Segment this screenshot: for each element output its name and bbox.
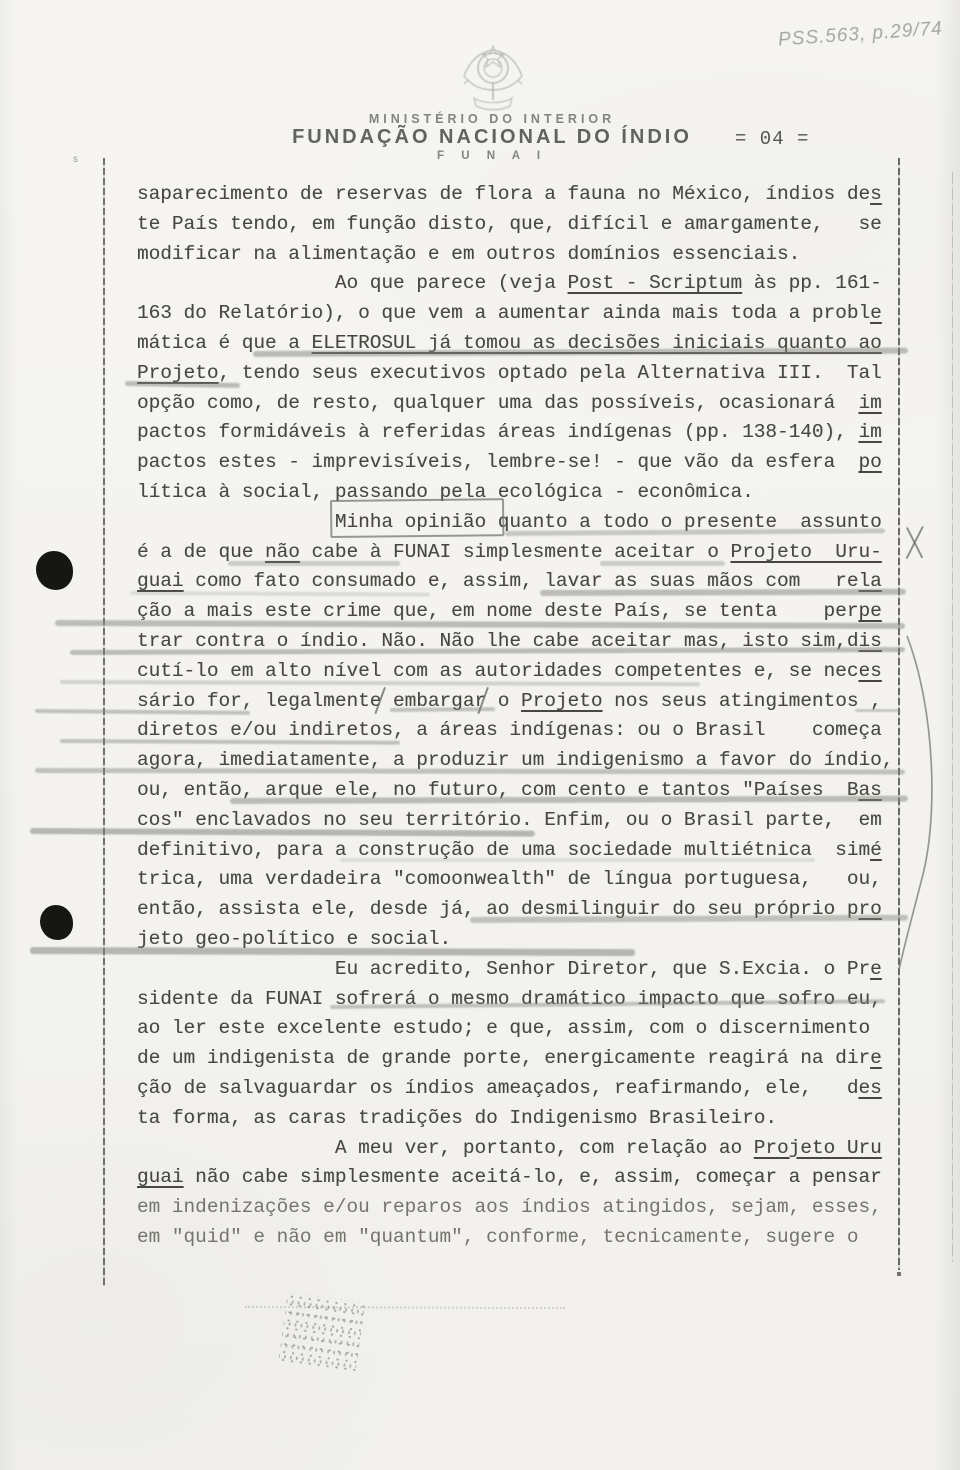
coat-of-arms-icon	[450, 42, 536, 116]
typed-line: ao ler este excelente estudo; e que, ass…	[0, 1014, 960, 1044]
text-run: pactos estes - imprevisíveis, lembre-se!…	[137, 451, 858, 473]
underlined-text: s	[870, 183, 882, 205]
text-run: 163 do Relatório), o que vem a aumentar …	[137, 302, 870, 324]
text-run: modificar na alimentação e em outros dom…	[137, 243, 800, 265]
underlined-text: guai	[137, 1166, 184, 1188]
text-run: te País tendo, em função disto, que, dif…	[137, 213, 882, 235]
paper-speck: s	[73, 154, 78, 165]
typed-line: Eu acredito, Senhor Diretor, que S.Excia…	[0, 955, 960, 985]
scanned-document-page: MINISTÉRIO DO INTERIOR FUNDAÇÃO NACIONAL…	[0, 0, 960, 1470]
text-run: A meu ver, portanto, com relação ao	[137, 1137, 754, 1159]
page-number: = 04 =	[735, 128, 809, 150]
typed-line: em "quid" e não em "quantum", conforme, …	[0, 1223, 960, 1253]
underlined-text: e	[870, 302, 882, 324]
pencil-underline	[228, 561, 400, 566]
header-ministry: MINISTÉRIO DO INTERIOR	[369, 112, 615, 126]
pencil-underline	[540, 589, 906, 596]
typed-line: ção de salvaguardar os índios ameaçados,…	[0, 1074, 960, 1104]
typed-line: opção como, de resto, qualquer uma das p…	[0, 389, 960, 419]
underlined-text: guai	[137, 570, 184, 592]
underlined-text: Post - Scriptum	[568, 272, 743, 294]
typed-line: 163 do Relatório), o que vem a aumentar …	[0, 299, 960, 329]
typed-line: é a de que não cabe à FUNAI simplesmente…	[0, 538, 960, 568]
underlined-text: e	[870, 958, 882, 980]
typed-line: guai não cabe simplesmente aceitá-lo, e,…	[0, 1163, 960, 1193]
text-run: é a de que	[137, 541, 265, 563]
ink-dot	[40, 905, 73, 940]
underlined-text: po	[858, 451, 881, 473]
text-run: ta forma, as caras tradições do Indigeni…	[137, 1107, 777, 1129]
typed-line: trica, uma verdadeira "comoonwealth" de …	[0, 865, 960, 895]
underlined-text: pe	[858, 600, 881, 622]
text-run: , tendo seus executivos optado pela Alte…	[218, 362, 881, 384]
text-run: de um indigenista de grande porte, energ…	[137, 1047, 870, 1069]
header-acronym: F U N A I	[437, 150, 547, 162]
pencil-box	[330, 498, 504, 538]
underlined-text: im	[858, 392, 881, 414]
text-run: em "quid" e não em "quantum", conforme, …	[137, 1226, 858, 1248]
typed-line: A meu ver, portanto, com relação ao Proj…	[0, 1134, 960, 1164]
text-run: cabe à FUNAI simplesmente aceitar o	[300, 541, 731, 563]
pencil-curve-mark	[893, 634, 943, 974]
text-run: pactos formidáveis à referidas áreas ind…	[137, 421, 858, 443]
underlined-text: não	[265, 541, 300, 563]
typed-line: pactos estes - imprevisíveis, lembre-se!…	[0, 448, 960, 478]
typed-line: de um indigenista de grande porte, energ…	[0, 1044, 960, 1074]
underlined-text: e	[870, 1047, 882, 1069]
typed-line: saparecimento de reservas de flora a fau…	[0, 180, 960, 210]
handwritten-reference: PSS.563, p.29/74	[777, 18, 943, 51]
header-foundation-title: FUNDAÇÃO NACIONAL DO ÍNDIO	[292, 126, 692, 149]
text-run: cutí-lo em alto nível com as autoridades…	[137, 660, 858, 682]
text-run: cos" enclavados no seu território. Enfim…	[137, 809, 882, 831]
text-run: trica, uma verdadeira "comoonwealth" de …	[137, 868, 882, 890]
underlined-text: Projeto Uru-	[730, 541, 881, 563]
text-run: em indenizações e/ou reparos aos índios …	[137, 1196, 882, 1218]
typed-body: saparecimento de reservas de flora a fau…	[0, 180, 960, 1253]
typed-line: modificar na alimentação e em outros dom…	[0, 240, 960, 270]
text-run: Ao que parece (veja	[137, 272, 568, 294]
pencil-scribble	[278, 1292, 365, 1372]
text-run: opção como, de resto, qualquer uma das p…	[137, 392, 858, 414]
typed-line: te País tendo, em função disto, que, dif…	[0, 210, 960, 240]
underlined-text: Projeto	[521, 690, 602, 712]
text-run: nos seus atingimentos ,	[602, 690, 881, 712]
typed-line: Ao que parece (veja Post - Scriptum às p…	[0, 269, 960, 299]
text-run: saparecimento de reservas de flora a fau…	[137, 183, 870, 205]
text-run: diretos e/ou indiretos, a áreas indígena…	[137, 719, 882, 741]
underlined-text: es	[858, 660, 881, 682]
underlined-text: Projeto Uru	[754, 1137, 882, 1159]
underlined-text: im	[858, 421, 881, 443]
text-run: ao ler este excelente estudo; e que, ass…	[137, 1017, 870, 1039]
ink-dot	[36, 551, 73, 590]
typed-line: ta forma, as caras tradições do Indigeni…	[0, 1104, 960, 1134]
text-run: Eu acredito, Senhor Diretor, que S.Excia…	[137, 958, 870, 980]
typed-line: pactos formidáveis à referidas áreas ind…	[0, 418, 960, 448]
typed-line: em indenizações e/ou reparos aos índios …	[0, 1193, 960, 1223]
text-run: ção de salvaguardar os índios ameaçados,…	[137, 1077, 858, 1099]
text-run: não cabe simplesmente aceitá-lo, e, assi…	[184, 1166, 882, 1188]
text-run: às pp. 161-	[742, 272, 882, 294]
pencil-underline	[340, 858, 815, 862]
underlined-text: é	[870, 839, 882, 861]
underlined-text: es	[858, 1077, 881, 1099]
text-run: ção a mais este crime que, em nome deste…	[137, 600, 858, 622]
pencil-underline	[600, 561, 725, 566]
